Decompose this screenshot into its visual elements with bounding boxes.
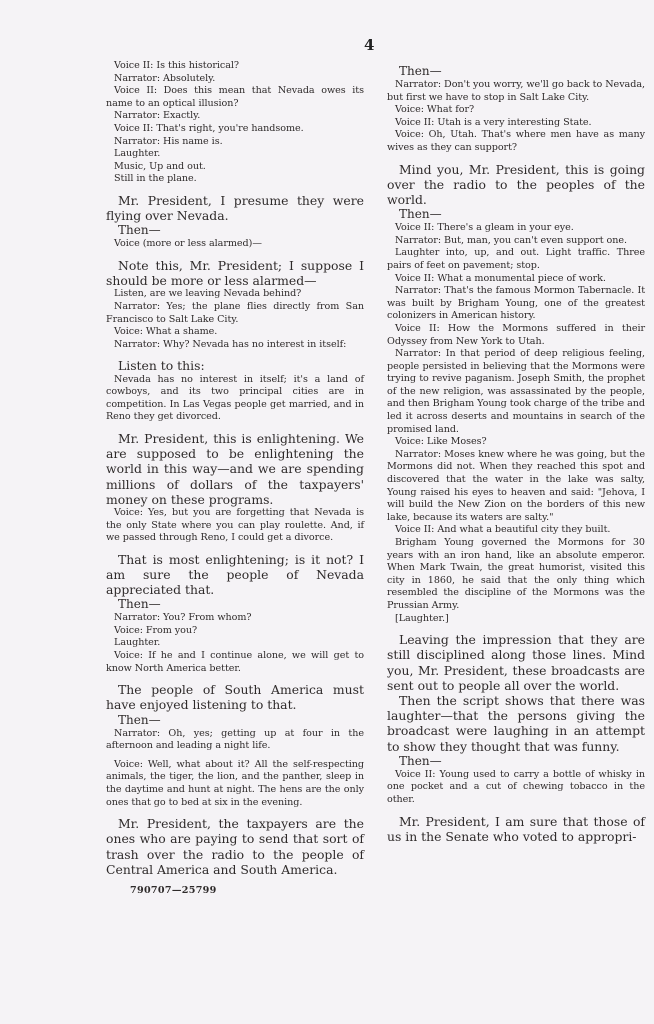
speech-paragraph: That is most enlightening; is it not? I …: [106, 552, 364, 598]
script-line: Listen, are we leaving Nevada behind?: [106, 288, 364, 301]
script-line: Voice: What for?: [387, 104, 645, 117]
script-line: Voice II: Utah is a very interesting Sta…: [387, 117, 645, 130]
script-line: Narrator: Don't you worry, we'll go back…: [387, 79, 645, 104]
script-line: Narrator: His name is.: [106, 136, 364, 149]
script-line: Laughter.: [106, 148, 364, 161]
script-line: Voice II: And what a beautiful city they…: [387, 524, 645, 537]
then-marker: Then—: [106, 597, 364, 612]
speech-paragraph: Mr. President, I presume they were flyin…: [106, 193, 364, 223]
speech-paragraph: Mr. President, this is enlightening. We …: [106, 431, 364, 507]
then-marker: Then—: [106, 713, 364, 728]
script-line: Narrator: In that period of deep religio…: [387, 348, 645, 436]
script-line: Narrator: Absolutely.: [106, 73, 364, 86]
then-marker: Then—: [106, 223, 364, 238]
speech-paragraph: Mind you, Mr. President, this is going o…: [387, 162, 645, 208]
script-line: Laughter into, up, and out. Light traffi…: [387, 247, 645, 272]
script-line: Voice: Like Moses?: [387, 436, 645, 449]
script-line: [Laughter.]: [387, 613, 645, 626]
page-number: 4: [364, 36, 374, 54]
script-line: Narrator: But, man, you can't even suppo…: [387, 235, 645, 248]
script-line: Voice II: There's a gleam in your eye.: [387, 222, 645, 235]
script-line: Voice: From you?: [106, 625, 364, 638]
script-line: Narrator: Why? Nevada has no interest in…: [106, 339, 364, 352]
script-line: Voice II: Young used to carry a bottle o…: [387, 769, 645, 807]
speech-paragraph: Note this, Mr. President; I suppose I sh…: [106, 258, 364, 288]
speech-paragraph: Leaving the impression that they are sti…: [387, 632, 645, 693]
script-line: Voice: What a shame.: [106, 326, 364, 339]
speech-paragraph: Mr. President, I am sure that those of u…: [387, 814, 645, 844]
script-line: Nevada has no interest in itself; it's a…: [106, 374, 364, 424]
script-line: Voice: Well, what about it? All the self…: [106, 759, 364, 809]
script-line: Voice II: Is this historical?: [106, 60, 364, 73]
script-line: Voice (more or less alarmed)—: [106, 238, 364, 251]
speech-paragraph: Then the script shows that there was lau…: [387, 693, 645, 754]
speech-paragraph: Mr. President, the taxpayers are the one…: [106, 816, 364, 877]
speech-paragraph: The people of South America must have en…: [106, 682, 364, 712]
script-line: Laughter.: [106, 637, 364, 650]
left-column: Voice II: Is this historical?Narrator: A…: [106, 60, 364, 896]
script-line: Voice II: What a monumental piece of wor…: [387, 273, 645, 286]
script-line: Voice II: That's right, you're handsome.: [106, 123, 364, 136]
script-line: Music, Up and out.: [106, 161, 364, 174]
script-line: Voice II: Does this mean that Nevada owe…: [106, 85, 364, 110]
script-line: Voice: Oh, Utah. That's where men have a…: [387, 129, 645, 154]
script-line: Narrator: That's the famous Mormon Taber…: [387, 285, 645, 323]
script-line: Still in the plane.: [106, 173, 364, 186]
script-line: Narrator: Exactly.: [106, 110, 364, 123]
job-number: 790707—25799: [106, 885, 364, 896]
script-line: Voice II: How the Mormons suffered in th…: [387, 323, 645, 348]
speech-paragraph: Listen to this:: [106, 358, 364, 373]
then-marker: Then—: [387, 64, 645, 79]
then-marker: Then—: [387, 207, 645, 222]
script-line: Narrator: Moses knew where he was going,…: [387, 449, 645, 525]
then-marker: Then—: [387, 754, 645, 769]
script-line: Narrator: Yes; the plane flies directly …: [106, 301, 364, 326]
script-line: Narrator: You? From whom?: [106, 612, 364, 625]
script-line: Brigham Young governed the Mormons for 3…: [387, 537, 645, 613]
right-column: Then—Narrator: Don't you worry, we'll go…: [387, 64, 645, 844]
script-line: Voice: Yes, but you are forgetting that …: [106, 507, 364, 545]
document-page: 4 Voice II: Is this historical?Narrator:…: [0, 0, 654, 1024]
script-line: Narrator: Oh, yes; getting up at four in…: [106, 728, 364, 753]
script-line: Voice: If he and I continue alone, we wi…: [106, 650, 364, 675]
